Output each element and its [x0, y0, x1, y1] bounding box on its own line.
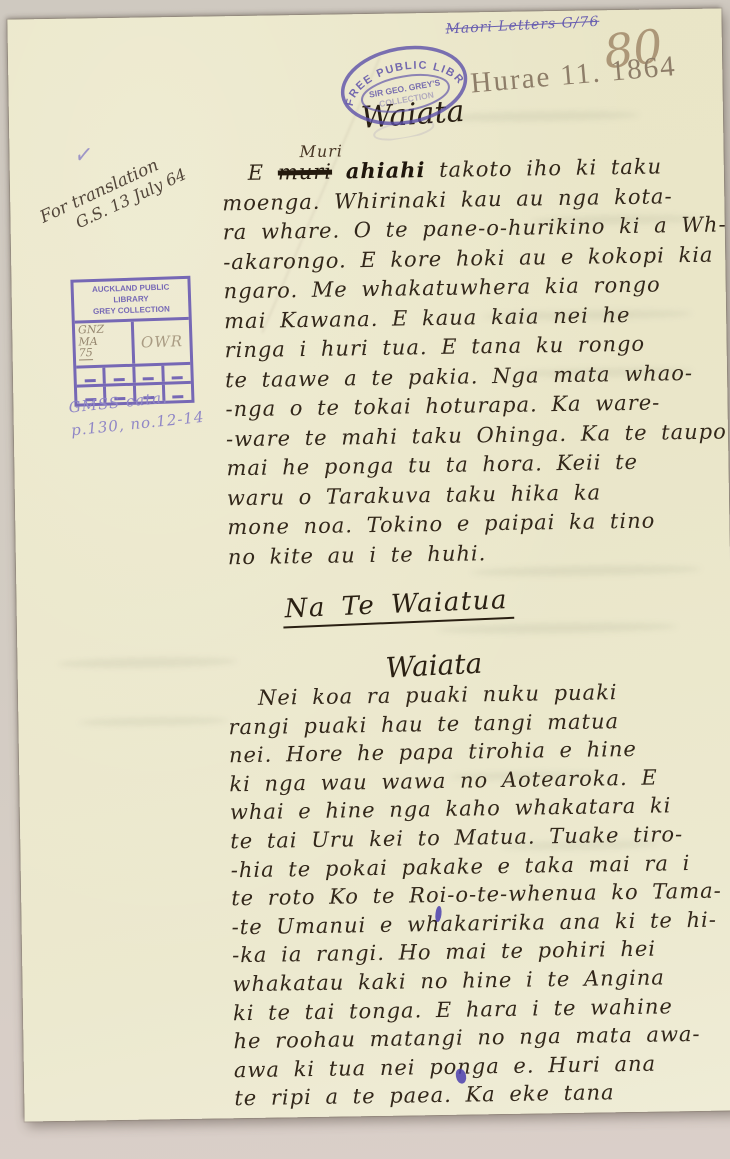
bleed-through-mark: [78, 716, 228, 726]
line-text: E: [248, 161, 265, 185]
date-heading: Hurae 11. 1864: [469, 50, 678, 101]
manuscript-body-2: Nei koa ra puaki nuku puaki rangi puaki …: [228, 676, 730, 1113]
attribution-line: Na Te Waiatua: [282, 585, 515, 629]
stamp-grid-cell: [76, 368, 106, 385]
stamp-grid-cell: [106, 367, 136, 384]
overwritten-word: ahiahi: [346, 157, 426, 183]
interlinear-correction: Muri: [299, 136, 343, 166]
line-text: takoto iho ki taku: [439, 154, 662, 181]
translation-margin-note: For translation G.S. 13 July 64: [37, 146, 189, 244]
waiata-title-2: Waiata: [385, 647, 483, 685]
manuscript-body-1: Muri E muri ahiahi takoto iho ki taku mo…: [222, 151, 724, 573]
free-public-library-stamp: FREE PUBLIC LIBRARY SIR GEO. GREY'S COLL…: [318, 21, 490, 155]
check-mark: ✓: [73, 139, 95, 173]
oval-stamp-graphic: FREE PUBLIC LIBRARY SIR GEO. GREY'S COLL…: [318, 21, 490, 150]
paper-sheet: Maori Letters G/76 80 Hurae 11. 1864 Wai…: [7, 8, 730, 1121]
bleed-through-mark: [437, 621, 677, 635]
box-stamp-header: AUCKLAND PUBLIC LIBRARY GREY COLLECTION: [73, 279, 188, 324]
scanned-manuscript-page: Maori Letters G/76 80 Hurae 11. 1864 Wai…: [0, 0, 730, 1159]
shelfmark-line: 75: [79, 346, 129, 360]
box-stamp-header-line2: GREY COLLECTION: [75, 304, 187, 319]
initials-cell: OWR: [134, 320, 190, 364]
stamp-grid-cell: [164, 365, 191, 382]
bleed-through-mark: [57, 656, 237, 669]
stamp-grid-cell: [135, 366, 165, 383]
shelfmark-cell: GNZ MA 75: [75, 322, 135, 366]
